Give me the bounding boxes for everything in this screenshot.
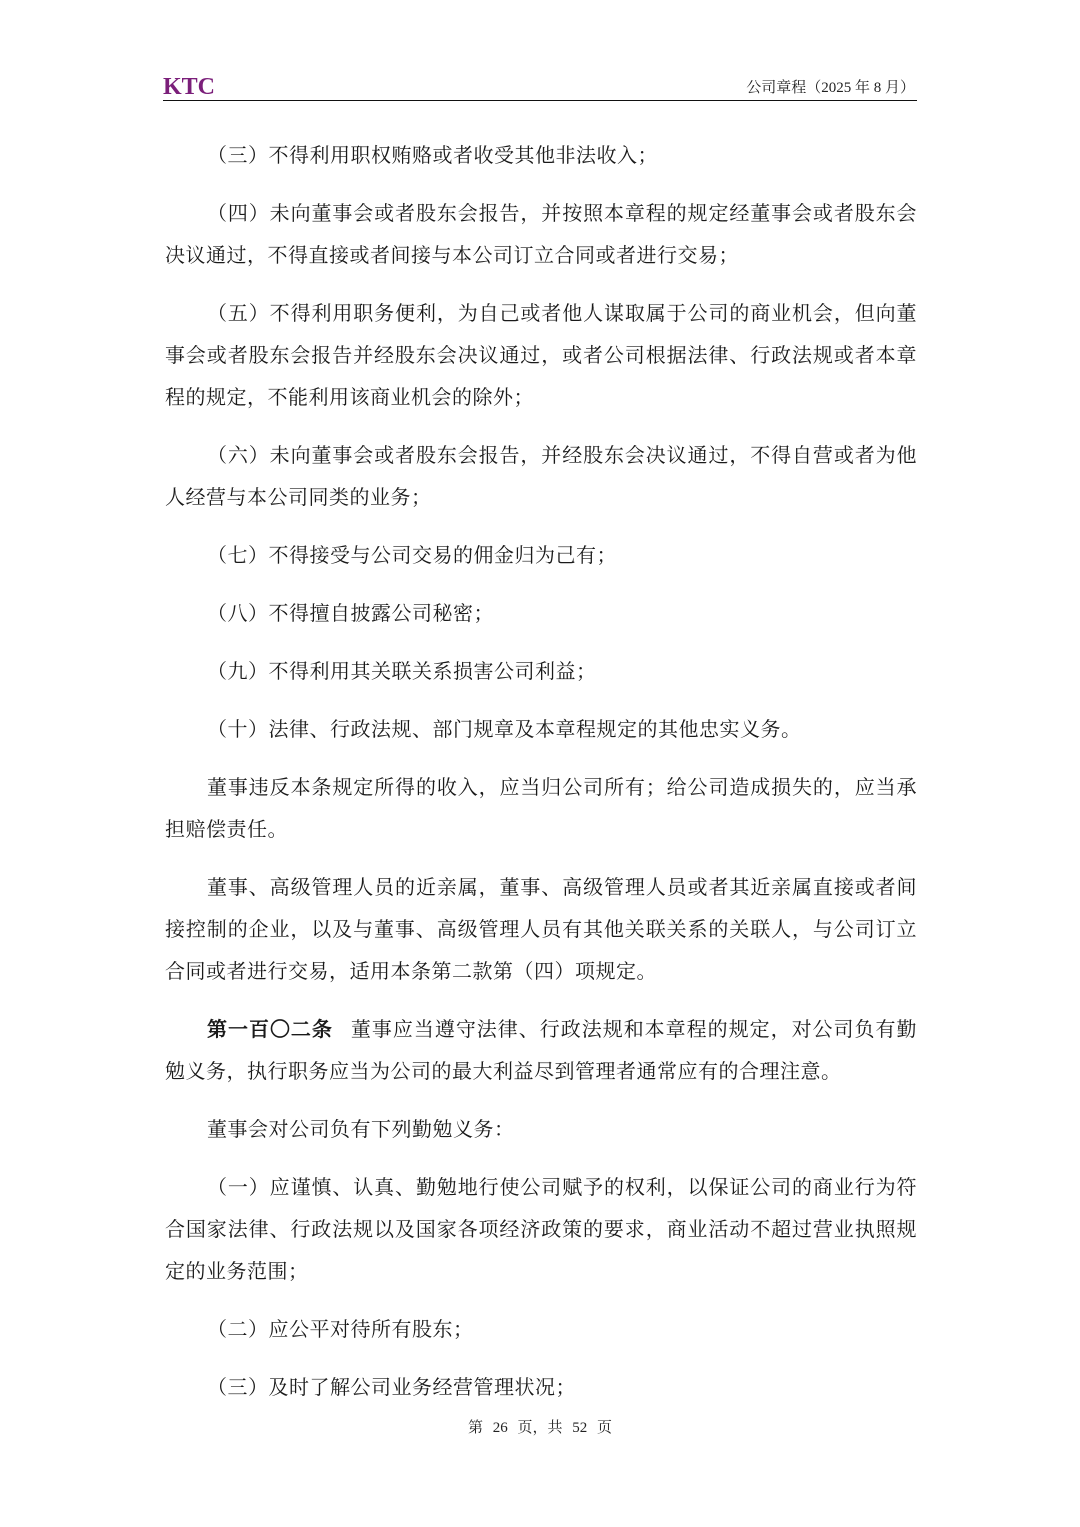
clause-item: （三）及时了解公司业务经营管理状况；	[165, 1366, 917, 1408]
article-paragraph: 第一百〇二条董事应当遵守法律、行政法规和本章程的规定，对公司负有勤勉义务，执行职…	[165, 1008, 917, 1092]
document-title: 公司章程（2025 年 8 月）	[746, 78, 915, 98]
paragraph: 董事会对公司负有下列勤勉义务：	[165, 1108, 917, 1150]
clause-item: （二）应公平对待所有股东；	[165, 1308, 917, 1350]
page-header: KTC 公司章程（2025 年 8 月）	[163, 74, 917, 102]
clause-item: （六）未向董事会或者股东会报告，并经股东会决议通过，不得自营或者为他人经营与本公…	[165, 434, 917, 518]
page-number: 第 26 页，共 52 页	[0, 1416, 1080, 1437]
paragraph: 董事、高级管理人员的近亲属，董事、高级管理人员或者其近亲属直接或者间接控制的企业…	[165, 866, 917, 992]
document-body: （三）不得利用职权贿赂或者收受其他非法收入； （四）未向董事会或者股东会报告，并…	[165, 134, 917, 1424]
clause-item: （十）法律、行政法规、部门规章及本章程规定的其他忠实义务。	[165, 708, 917, 750]
clause-item: （八）不得擅自披露公司秘密；	[165, 592, 917, 634]
clause-item: （四）未向董事会或者股东会报告，并按照本章程的规定经董事会或者股东会决议通过，不…	[165, 192, 917, 276]
clause-item: （五）不得利用职务便利，为自己或者他人谋取属于公司的商业机会，但向董事会或者股东…	[165, 292, 917, 418]
ktc-logo: KTC	[163, 74, 215, 100]
article-number: 第一百〇二条	[207, 1017, 333, 1041]
paragraph: 董事违反本条规定所得的收入，应当归公司所有；给公司造成损失的，应当承担赔偿责任。	[165, 766, 917, 850]
clause-item: （一）应谨慎、认真、勤勉地行使公司赋予的权利，以保证公司的商业行为符合国家法律、…	[165, 1166, 917, 1292]
document-page: KTC 公司章程（2025 年 8 月） （三）不得利用职权贿赂或者收受其他非法…	[0, 0, 1080, 1527]
clause-item: （三）不得利用职权贿赂或者收受其他非法收入；	[165, 134, 917, 176]
clause-item: （九）不得利用其关联关系损害公司利益；	[165, 650, 917, 692]
clause-item: （七）不得接受与公司交易的佣金归为己有；	[165, 534, 917, 576]
header-divider	[163, 100, 917, 101]
